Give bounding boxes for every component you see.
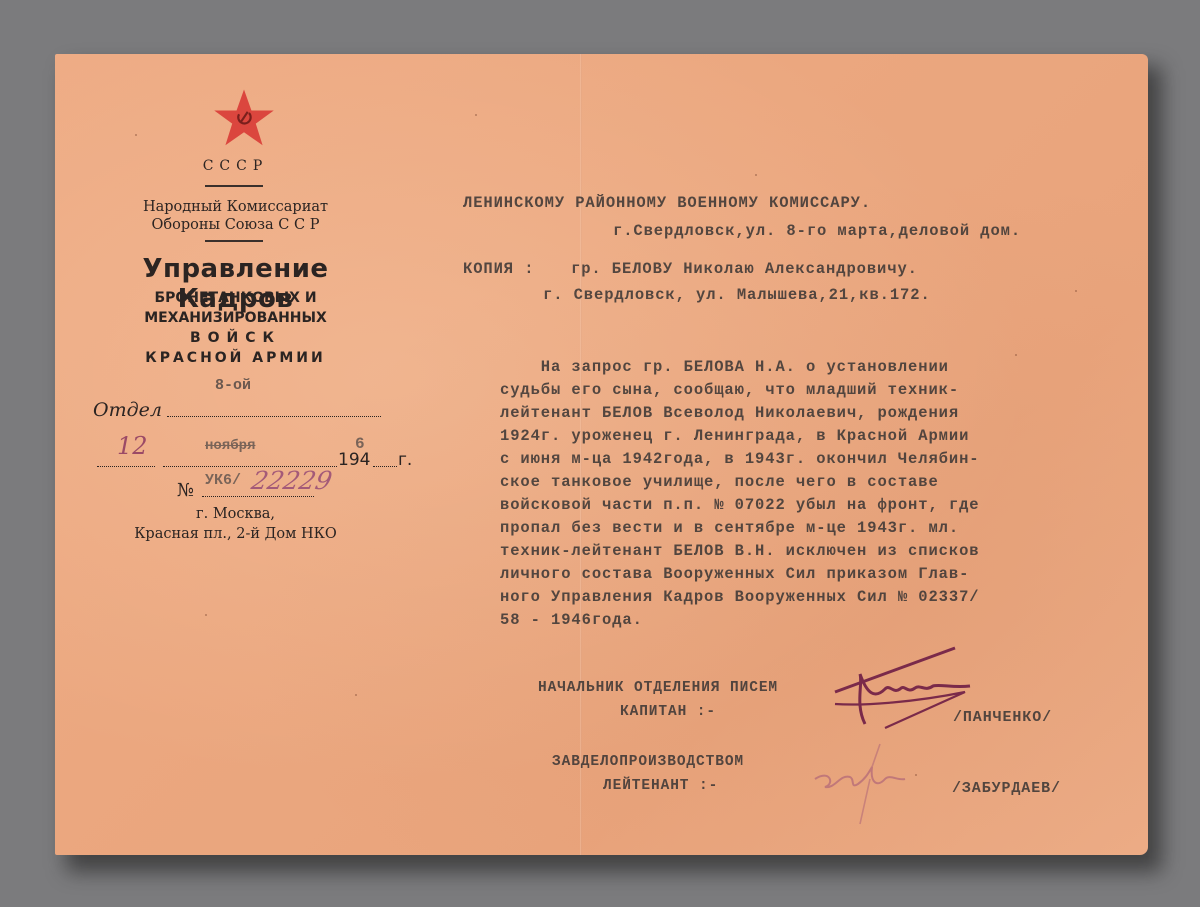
department-stamp: 8-ой <box>215 377 251 394</box>
directorate-subtitle-3: ВОЙСК <box>83 330 388 346</box>
number-handwritten: 22229 <box>249 466 335 495</box>
signer-2-name: /ЗАБУРДАЕВ/ <box>952 780 1061 797</box>
body-line: На запрос гр. БЕЛОВА Н.А. о установлении <box>500 358 949 376</box>
copy-label: КОПИЯ : <box>463 260 534 278</box>
year-prefix: 194 <box>338 450 370 470</box>
address-block: г. Москва, Красная пл., 2-й Дом НКО <box>83 504 388 544</box>
commissariat-line-1: Народный Комиссариат <box>83 198 388 216</box>
number-field-line <box>202 496 314 497</box>
red-star-emblem-icon <box>213 88 275 148</box>
number-label: № <box>177 480 194 501</box>
year-line <box>373 466 397 467</box>
country-label: СССР <box>83 158 388 174</box>
commissariat-line-2: Обороны Союза С С Р <box>83 216 388 234</box>
divider <box>205 185 263 187</box>
addressee-line-2: г.Свердловск,ул. 8-го марта,деловой дом. <box>613 222 1021 240</box>
body-line: с июня м-ца 1942года, в 1943г. окончил Ч… <box>500 450 979 468</box>
addressee-line-1: ЛЕНИНСКОМУ РАЙОННОМУ ВОЕННОМУ КОМИССАРУ. <box>463 194 871 212</box>
body-line: личного состава Вооруженных Сил приказом… <box>500 565 969 583</box>
body-line: ское танковое училище, после чего в сост… <box>500 473 939 491</box>
document-sheet: СССР Народный Комиссариат Обороны Союза … <box>55 54 1148 855</box>
body-line: 58 - 1946года. <box>500 611 643 629</box>
signature-2-icon <box>810 739 930 829</box>
date-month-stamp: ноября <box>205 438 255 454</box>
body-line: 1924г. уроженец г. Ленинграда, в Красной… <box>500 427 969 445</box>
body-line: войсковой части п.п. № 07022 убыл на фро… <box>500 496 979 514</box>
date-day-line <box>97 466 155 467</box>
directorate-subtitle-2: МЕХАНИЗИРОВАННЫХ <box>83 310 388 326</box>
directorate-subtitle-4: КРАСНОЙ АРМИИ <box>83 350 388 366</box>
year-unit: г. <box>398 450 412 470</box>
signer-1-title: НАЧАЛЬНИК ОТДЕЛЕНИЯ ПИСЕМ <box>538 680 778 696</box>
date-day-handwritten: 12 <box>117 432 148 460</box>
body-line: лейтенант БЕЛОВ Всеволод Николаевич, рож… <box>500 404 959 422</box>
department-field-line <box>167 416 381 417</box>
copy-line-1: гр. БЕЛОВУ Николаю Александровичу. <box>571 260 918 278</box>
signer-1-rank: КАПИТАН :- <box>620 704 716 720</box>
signer-1-name: /ПАНЧЕНКО/ <box>953 709 1052 726</box>
body-line: техник-лейтенант БЕЛОВ В.Н. исключен из … <box>500 542 979 560</box>
commissariat-name: Народный Комиссариат Обороны Союза С С Р <box>83 198 388 234</box>
city: г. Москва, <box>83 504 388 524</box>
number-stamp: УК6/ <box>205 472 241 489</box>
signer-2-rank: ЛЕЙТЕНАНТ :- <box>603 778 718 794</box>
copy-line-2: г. Свердловск, ул. Малышева,21,кв.172. <box>543 286 931 304</box>
department-label: Отдел <box>93 399 162 421</box>
street-address: Красная пл., 2-й Дом НКО <box>83 524 388 544</box>
directorate-subtitle-1: БРОНЕТАНКОВЫХ И <box>83 290 388 306</box>
signer-2-title: ЗАВДЕЛОПРОИЗВОДСТВОМ <box>552 754 744 770</box>
body-line: судьбы его сына, сообщаю, что младший те… <box>500 381 959 399</box>
body-line: ного Управления Кадров Вооруженных Сил №… <box>500 588 979 606</box>
divider <box>205 240 263 242</box>
body-line: пропал без вести и в сентябре м-це 1943г… <box>500 519 959 537</box>
